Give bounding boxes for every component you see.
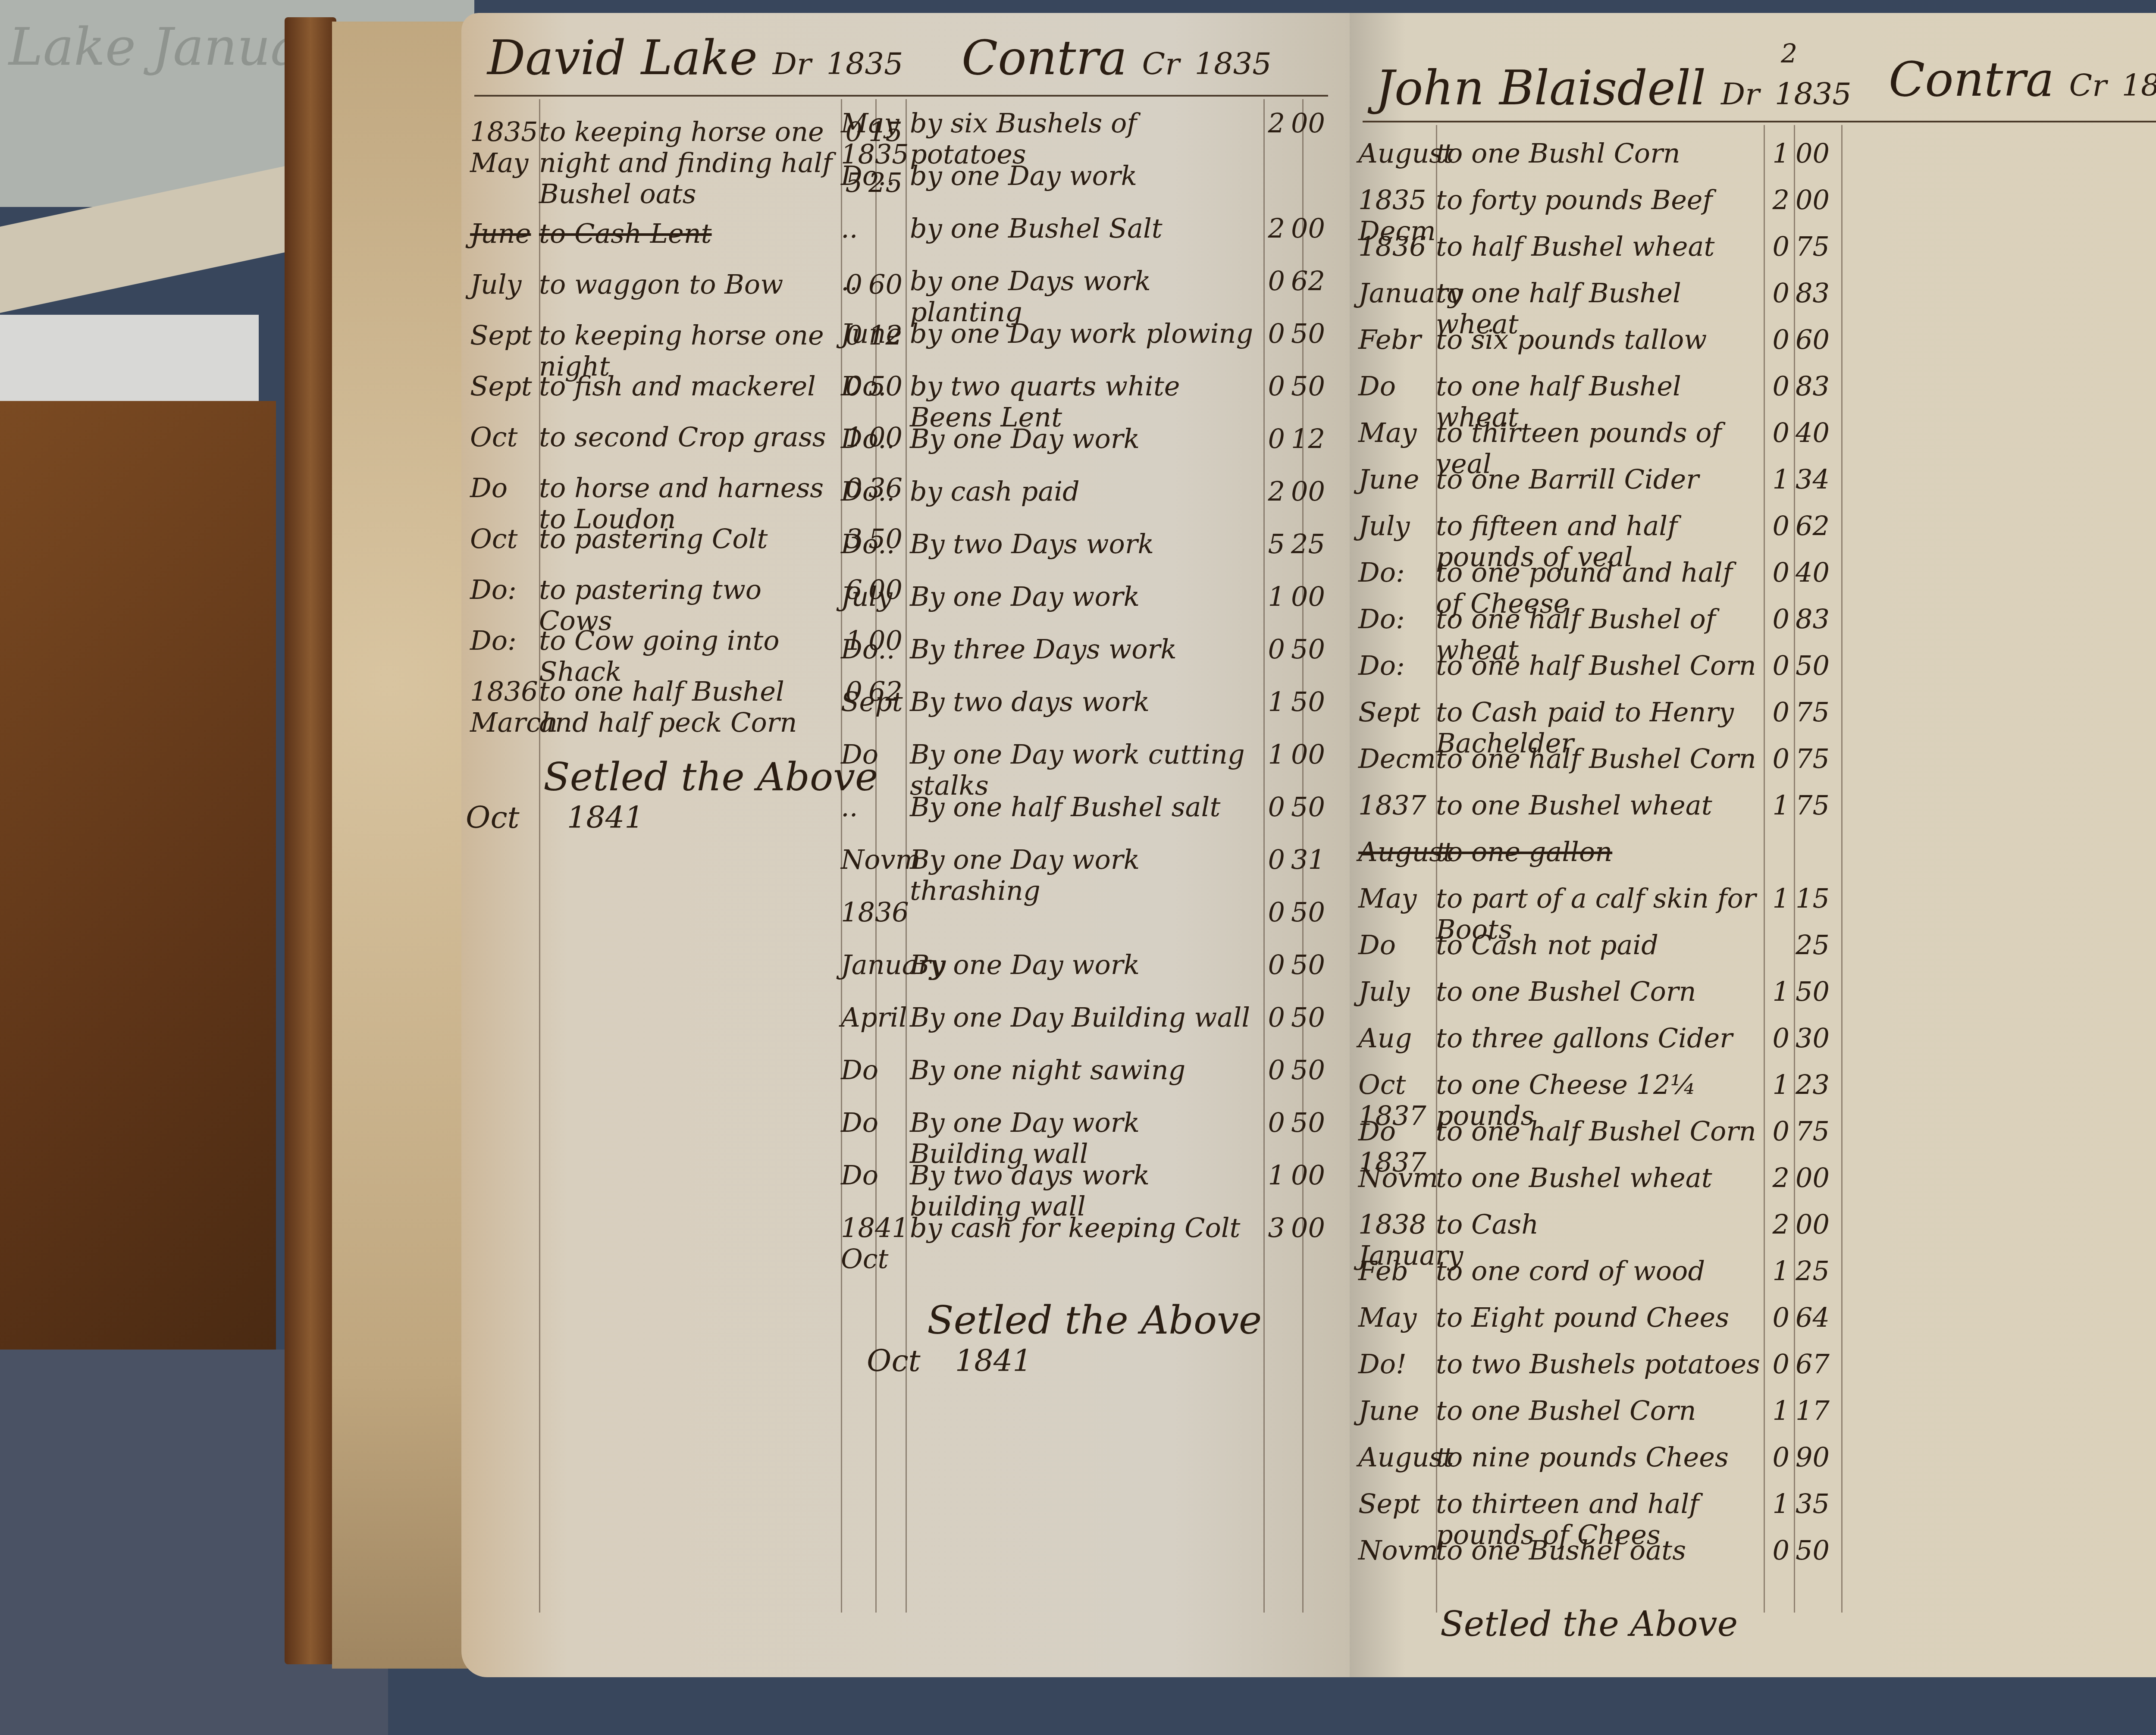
entry-date: Oct — [470, 422, 539, 453]
entry-date: Do — [1358, 930, 1436, 961]
entry-dollars: 1 — [1259, 686, 1285, 717]
entry-dollars: 1 — [1764, 1256, 1789, 1287]
ledger-entry: 1837to one Bushel wheat175 — [1358, 790, 1830, 821]
ledger-entry: Septto fish and mackerel050 — [470, 371, 899, 402]
entry-date — [470, 167, 539, 198]
ledger-entry: Doto Cash not paid25 — [1358, 930, 1830, 961]
entry-dollars: 1 — [1764, 1395, 1789, 1426]
entry-date: Do.. — [841, 529, 910, 560]
entry-date: July — [841, 581, 910, 612]
ledger-entry: JulyBy one Day work100 — [841, 581, 1326, 612]
entry-cents: 50 — [1285, 897, 1326, 928]
entry-date: Do.. — [841, 634, 910, 665]
entry-description: to one Bushel Corn — [1436, 976, 1764, 1007]
entry-cents: 64 — [1789, 1302, 1830, 1333]
ledger-entry: Octto pastering Colt350 — [470, 523, 899, 554]
entry-date: Decm — [1358, 743, 1436, 774]
entry-date: Novm — [1358, 1535, 1436, 1566]
header-rule — [474, 95, 1328, 97]
ledger-entry: Febto one cord of wood125 — [1358, 1256, 1830, 1287]
entry-dollars: 0 — [1764, 1023, 1789, 1054]
account-name: David Lake — [487, 30, 758, 85]
book-spine-cover — [285, 17, 336, 1664]
entry-description: by one Day work plowing — [910, 318, 1259, 349]
ledger-entry: AprilBy one Day Building wall050 — [841, 1002, 1326, 1033]
entry-description: By one Day Building wall — [910, 1002, 1259, 1033]
ledger-entry: Augustto one gallon — [1358, 836, 1830, 867]
entry-dollars: 0 — [1259, 423, 1285, 454]
ledger-grid: Augustto one Bushl Corn1001835 Decmto fo… — [1350, 125, 2156, 1677]
entry-description: to half Bushel wheat — [1436, 231, 1764, 262]
credit-header: Contra Cr 1835 — [962, 30, 1272, 85]
leather-cover-behind — [0, 401, 276, 1350]
entry-date: Feb — [1358, 1256, 1436, 1287]
entry-description: to one cord of wood — [1436, 1256, 1764, 1287]
entry-date: .. — [841, 213, 910, 244]
entry-date: August — [1358, 1442, 1436, 1473]
entry-description: by one Bushel Salt — [910, 213, 1259, 244]
entry-description: by cash for keeping Colt — [910, 1212, 1259, 1275]
entry-date: Sept — [841, 686, 910, 717]
ledger-entry: Do..by cash paid200 — [841, 476, 1326, 507]
entry-description: to second Crop grass — [539, 422, 837, 453]
entry-date: June — [470, 218, 539, 249]
ledger-entry: Do..By two Days work525 — [841, 529, 1326, 560]
entry-description: to one Bushel wheat — [1436, 1162, 1764, 1193]
ledger-entry: Decmto one half Bushel Corn075 — [1358, 743, 1830, 774]
entry-description: to six pounds tallow — [1436, 324, 1764, 355]
entry-cents: 00 — [1789, 138, 1830, 169]
account-name: John Blaisdell — [1376, 60, 1706, 116]
entry-description: to nine pounds Chees — [1436, 1442, 1764, 1473]
ledger-entry: Do!to two Bushels potatoes067 — [1358, 1349, 1830, 1380]
entry-cents: 50 — [1789, 650, 1830, 681]
entry-dollars: 2 — [1259, 213, 1285, 244]
entry-dollars — [1764, 836, 1789, 867]
entry-description: to one Barrill Cider — [1436, 464, 1764, 495]
entry-cents: 00 — [1285, 1212, 1326, 1275]
entry-description: to pastering Colt — [539, 523, 837, 554]
ledger-entry: Do..By one Day work012 — [841, 423, 1326, 454]
entry-cents — [1789, 836, 1830, 867]
entry-description: to one half Bushel Corn — [1436, 743, 1764, 774]
ledger-entry: DoBy one night sawing050 — [841, 1055, 1326, 1086]
entry-description: to three gallons Cider — [1436, 1023, 1764, 1054]
entry-cents: 17 — [1789, 1395, 1830, 1426]
debit-header: David Lake Dr 1835 — [487, 30, 903, 85]
entry-date: June — [1358, 1395, 1436, 1426]
entry-cents: 25 — [1285, 529, 1326, 560]
ledger-entry: Augustto nine pounds Chees090 — [1358, 1442, 1830, 1473]
entry-date: 1836 — [1358, 231, 1436, 262]
entry-date: 1836 — [841, 897, 910, 928]
ledger-entry: Augustto one Bushl Corn100 — [1358, 138, 1830, 169]
ledger-entry: Juneby one Day work plowing050 — [841, 318, 1326, 349]
ledger-entry: Julyto waggon to Bow060 — [470, 269, 899, 300]
header-rule — [1363, 121, 2156, 122]
entry-dollars: 5 — [1259, 529, 1285, 560]
entry-description: to one gallon — [1436, 836, 1764, 867]
entry-cents: 00 — [1285, 581, 1326, 612]
entry-dollars: 0 — [1764, 231, 1789, 262]
entry-cents: 25 — [1789, 930, 1830, 961]
debit-settled-note: Setled the Above Oct1841 — [543, 755, 878, 835]
ledger-entry: Juneto one Barrill Cider134 — [1358, 464, 1830, 495]
entry-cents: 34 — [1789, 464, 1830, 495]
entry-cents: 50 — [1285, 1002, 1326, 1033]
entry-dollars: 1 — [1259, 581, 1285, 612]
ledger-entry: 1841 Octby cash for keeping Colt300 — [841, 1212, 1326, 1275]
entry-description: to one half Bushel and half peck Corn — [539, 676, 837, 738]
entry-description — [910, 897, 1259, 928]
entry-date: June — [1358, 464, 1436, 495]
entry-description: By three Days work — [910, 634, 1259, 665]
ledger-entry: JanuaryBy one Day work050 — [841, 949, 1326, 980]
entry-description: By one Day work — [910, 423, 1259, 454]
ledger-entry: Octto second Crop grass100 — [470, 422, 899, 453]
entry-dollars: 0 — [1259, 1055, 1285, 1086]
entry-date: Do — [841, 1055, 910, 1086]
ledger-entry: Juneto Cash Lent — [470, 218, 899, 249]
entry-date: Do.. — [841, 476, 910, 507]
ledger-entry: Augto three gallons Cider030 — [1358, 1023, 1830, 1054]
entry-cents: 50 — [1285, 949, 1326, 980]
entry-cents: 50 — [1285, 792, 1326, 823]
entry-description: By two days work — [910, 686, 1259, 717]
entry-cents: 75 — [1789, 790, 1830, 821]
entry-cents: 30 — [1789, 1023, 1830, 1054]
ledger-book: David Lake Dr 1835 Contra Cr 1835 1835 M… — [267, 9, 2156, 1716]
credit-header: Contra Cr 1835 — [1889, 52, 2156, 107]
entry-description — [539, 167, 837, 198]
debit-header: John Blaisdell Dr 1835 — [1376, 60, 1852, 116]
entry-dollars: 0 — [1764, 1535, 1789, 1566]
ledger-entry: Novmto one Bushel oats050 — [1358, 1535, 1830, 1566]
entry-dollars: 2 — [1259, 476, 1285, 507]
entry-cents: 60 — [1789, 324, 1830, 355]
entry-dollars: 0 — [1259, 1002, 1285, 1033]
entry-cents: 00 — [1285, 213, 1326, 244]
entry-cents: 00 — [1789, 1162, 1830, 1193]
ledger-entry: Julyto one Bushel Corn150 — [1358, 976, 1830, 1007]
entry-date: 1841 Oct — [841, 1212, 910, 1275]
entry-description: to Eight pound Chees — [1436, 1302, 1764, 1333]
entry-dollars: 0 — [1764, 650, 1789, 681]
entry-dollars: 0 — [1764, 743, 1789, 774]
credit-settled-note: Setled the Above Oct1841 — [927, 1298, 1262, 1378]
entry-cents: 50 — [1285, 1055, 1326, 1086]
entry-dollars: 1 — [1764, 464, 1789, 495]
entry-description: By one Day work — [910, 581, 1259, 612]
entry-date: June — [841, 318, 910, 349]
entry-description: By one half Bushel salt — [910, 792, 1259, 823]
entry-description: to fish and mackerel — [539, 371, 837, 402]
entry-description: by one Day work — [910, 160, 1259, 191]
ledger-grid: 1835 Mayto keeping horse one night and f… — [461, 99, 1350, 1677]
entry-date: Febr — [1358, 324, 1436, 355]
entry-date: April — [841, 1002, 910, 1033]
entry-date: Aug — [1358, 1023, 1436, 1054]
ledger-entry: Juneto one Bushel Corn117 — [1358, 1395, 1830, 1426]
entry-date: May — [1358, 1302, 1436, 1333]
entry-dollars: 1 — [1764, 976, 1789, 1007]
entry-description: to two Bushels potatoes — [1436, 1349, 1764, 1380]
entry-cents: 67 — [1789, 1349, 1830, 1380]
entry-date: Do.. — [841, 423, 910, 454]
entry-dollars: 0 — [1259, 318, 1285, 349]
entry-date: July — [1358, 976, 1436, 1007]
entry-cents — [1285, 160, 1326, 191]
entry-dollars: 0 — [1764, 324, 1789, 355]
entry-date: Do.. — [841, 160, 910, 191]
entry-description: to one Bushl Corn — [1436, 138, 1764, 169]
entry-dollars: 2 — [1764, 1162, 1789, 1193]
entry-cents: 50 — [1789, 976, 1830, 1007]
entry-cents: 50 — [1285, 686, 1326, 717]
entry-date: Do: — [1358, 650, 1436, 681]
entry-dollars: 0 — [1764, 1442, 1789, 1473]
entry-dollars: 0 — [1259, 897, 1285, 928]
debit-settled-note: Setled the Above — [1440, 1604, 1738, 1644]
right-page: 2 John Blaisdell Dr 1835 Contra Cr 1835 … — [1350, 13, 2156, 1677]
entry-cents: 75 — [1789, 231, 1830, 262]
ledger-entry: 1836 Marchto one half Bushel and half pe… — [470, 676, 899, 738]
entry-dollars — [1764, 930, 1789, 961]
entry-date: January — [841, 949, 910, 980]
entry-date: August — [1358, 138, 1436, 169]
entry-description: to one Bushel Corn — [1436, 1395, 1764, 1426]
left-page: David Lake Dr 1835 Contra Cr 1835 1835 M… — [461, 13, 1350, 1677]
entry-date: August — [1358, 836, 1436, 867]
entry-description: to Cash not paid — [1436, 930, 1764, 961]
entry-description: to Cash Lent — [539, 218, 837, 249]
entry-description: to one half Bushel Corn — [1436, 650, 1764, 681]
entry-description: to waggon to Bow — [539, 269, 837, 300]
ledger-entry: 525 — [470, 167, 899, 198]
ledger-entry: Do..By three Days work050 — [841, 634, 1326, 665]
entry-date: 1837 — [1358, 790, 1436, 821]
flyleaf — [332, 22, 470, 1669]
background-sheet — [0, 315, 259, 401]
entry-dollars: 0 — [1259, 792, 1285, 823]
credit-desc-rule — [1841, 125, 1843, 1613]
entry-dollars: 3 — [1259, 1212, 1285, 1275]
entry-cents: 90 — [1789, 1442, 1830, 1473]
entry-cents: 00 — [1285, 476, 1326, 507]
entry-cents: 25 — [1789, 1256, 1830, 1287]
entry-description: By two Days work — [910, 529, 1259, 560]
entry-description: to one Bushel oats — [1436, 1535, 1764, 1566]
ledger-entry: 1836050 — [841, 897, 1326, 928]
ledger-entry: Mayto Eight pound Chees064 — [1358, 1302, 1830, 1333]
entry-date: Novm — [1358, 1162, 1436, 1193]
entry-dollars: 1 — [1764, 138, 1789, 169]
entry-date: July — [470, 269, 539, 300]
entry-dollars: 0 — [1259, 949, 1285, 980]
entry-cents: 75 — [1789, 743, 1830, 774]
entry-dollars: 0 — [1259, 634, 1285, 665]
entry-dollars — [1259, 160, 1285, 191]
entry-dollars: 0 — [1764, 1302, 1789, 1333]
entry-description: to one Bushel wheat — [1436, 790, 1764, 821]
ledger-entry: Do..by one Day work — [841, 160, 1326, 191]
entry-cents: 12 — [1285, 423, 1326, 454]
entry-description: by cash paid — [910, 476, 1259, 507]
entry-description: By one Day work — [910, 949, 1259, 980]
entry-dollars: 0 — [1764, 1349, 1789, 1380]
ledger-entry: SeptBy two days work150 — [841, 686, 1326, 717]
entry-date: Sept — [470, 371, 539, 402]
ledger-entry: Do:to one half Bushel Corn050 — [1358, 650, 1830, 681]
ledger-entry: 1836to half Bushel wheat075 — [1358, 231, 1830, 262]
ledger-entry: ..by one Bushel Salt200 — [841, 213, 1326, 244]
ledger-entry: Febrto six pounds tallow060 — [1358, 324, 1830, 355]
entry-date: Oct — [470, 523, 539, 554]
entry-dollars: 1 — [1764, 790, 1789, 821]
entry-date: 1836 March — [470, 676, 539, 738]
ledger-entry: Novmto one Bushel wheat200 — [1358, 1162, 1830, 1193]
entry-cents: 50 — [1285, 318, 1326, 349]
entry-cents: 50 — [1285, 634, 1326, 665]
ledger-entry: ..By one half Bushel salt050 — [841, 792, 1326, 823]
entry-date: Do! — [1358, 1349, 1436, 1380]
entry-cents: 50 — [1789, 1535, 1830, 1566]
entry-description: By one night sawing — [910, 1055, 1259, 1086]
